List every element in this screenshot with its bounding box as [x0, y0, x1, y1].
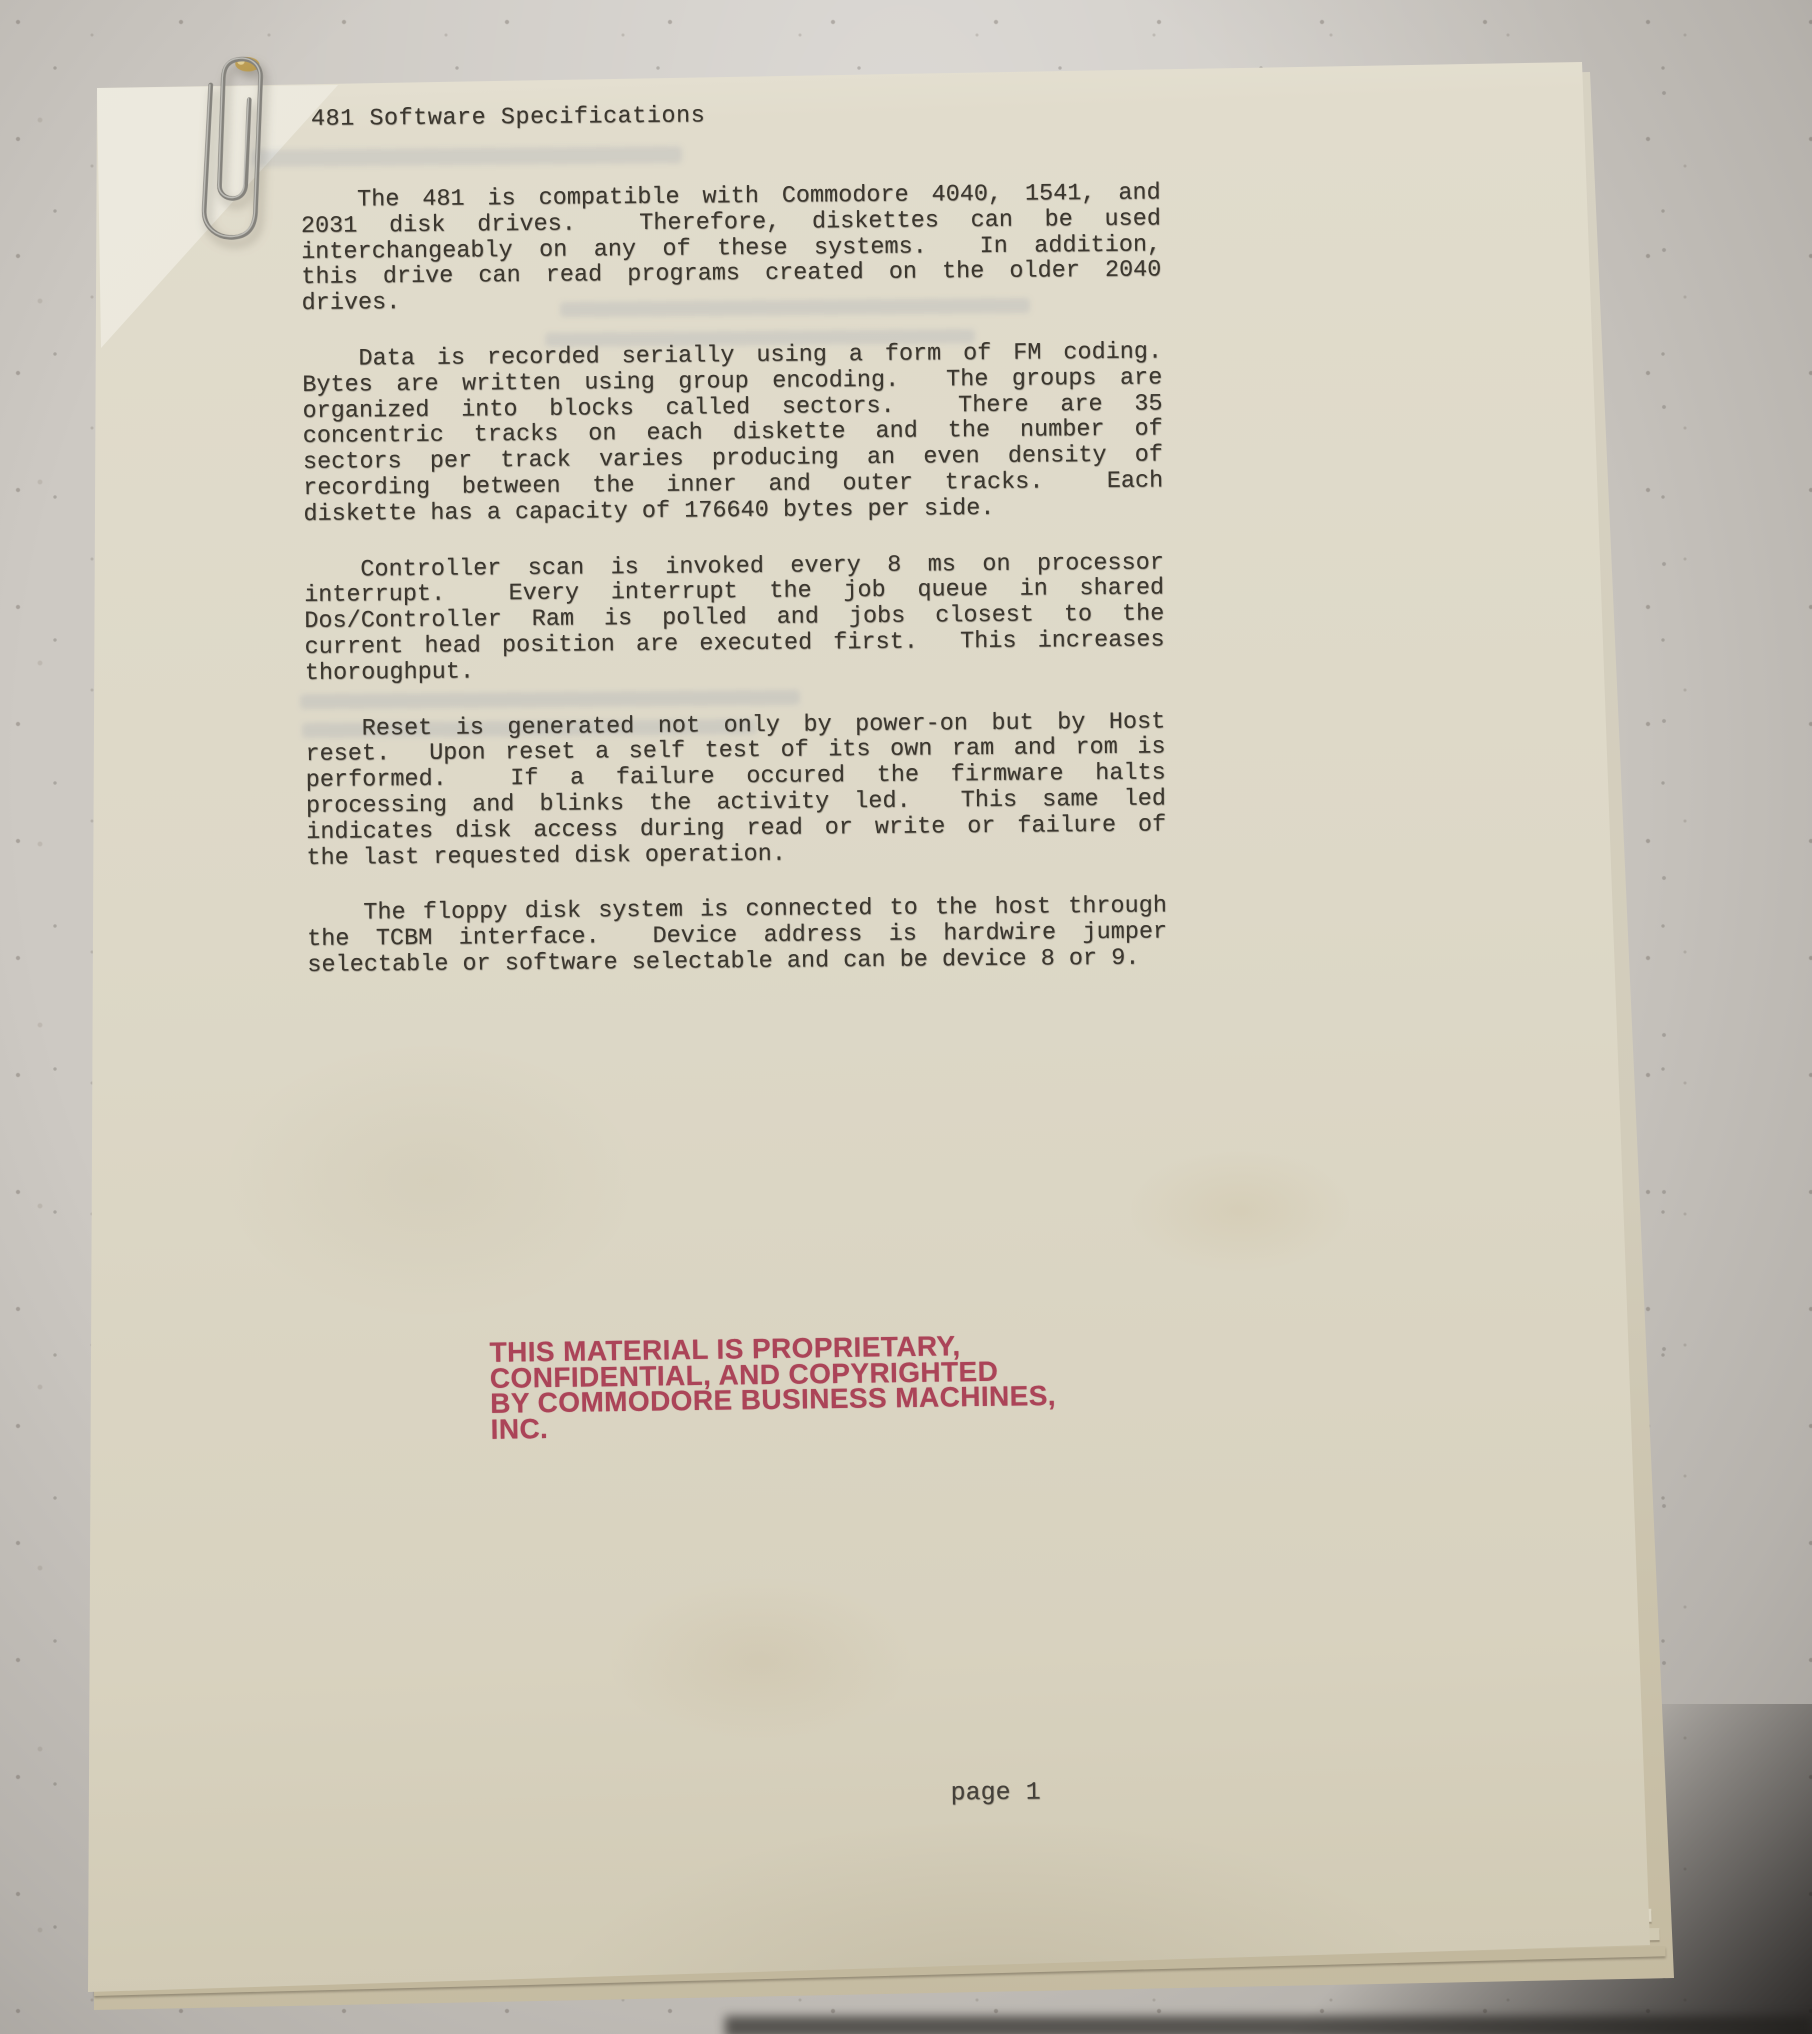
- paragraph: Data is recorded serially using a form o…: [302, 339, 1164, 527]
- photo-scene: 481 Software Specifications The 481 is c…: [0, 0, 1812, 2034]
- stamp-line: BY COMMODORE BUSINESS MACHINES,: [490, 1383, 1056, 1416]
- document-page: 481 Software Specifications The 481 is c…: [0, 0, 1812, 2034]
- document-content: 481 Software Specifications The 481 is c…: [0, 0, 1812, 2034]
- paragraph: Reset is generated not only by power-on …: [305, 709, 1166, 871]
- document-body: The 481 is compatible with Commodore 404…: [301, 180, 1168, 1008]
- paragraph: The floppy disk system is connected to t…: [307, 894, 1168, 979]
- page-number: page 1: [950, 1778, 1040, 1808]
- document-line: the last requested disk operation.: [306, 838, 1166, 871]
- confidential-stamp: THIS MATERIAL IS PROPRIETARY, CONFIDENTI…: [489, 1332, 1056, 1442]
- paragraph: Controller scan is invoked every 8 ms on…: [304, 550, 1165, 686]
- paragraph: The 481 is compatible with Commodore 404…: [301, 180, 1162, 316]
- document-line: diskette has a capacity of 176640 bytes …: [303, 494, 1163, 527]
- document-line: selectable or software selectable and ca…: [307, 945, 1167, 978]
- stack-bottom-shadow: [725, 2016, 1812, 2034]
- document-title: 481 Software Specifications: [311, 102, 705, 132]
- document-line: thoroughput.: [305, 653, 1165, 686]
- paperclip-icon: [189, 50, 284, 262]
